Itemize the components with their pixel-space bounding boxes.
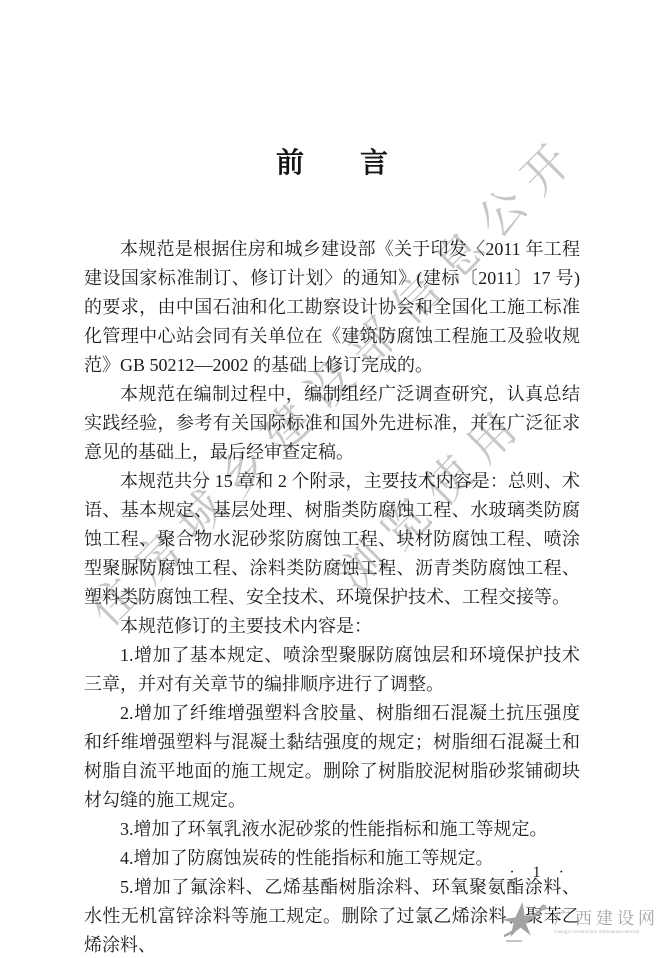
paragraph-7: 3.增加了环氧乳液水泥砂浆的性能指标和施工等规定。 (84, 815, 580, 844)
page-content: 前 言 本规范是根据住房和城乡建设部《关于印发〈2011 年工程建设国家标准制订… (84, 148, 580, 958)
page-number: · 1 · (509, 864, 571, 882)
document-page: 住房城乡建设部信息公开 浏览使用 前 言 本规范是根据住房和城乡建设部《关于印发… (0, 0, 661, 958)
logo-tagline: Guangxi construction information network (554, 929, 654, 936)
logo-text-block: 广西建设网 Guangxi construction information n… (554, 909, 659, 936)
paragraph-4: 本规范修订的主要技术内容是： (84, 612, 580, 641)
paragraph-3: 本规范共分 15 章和 2 个附录，主要技术内容是：总则、术语、基本规定、基层处… (84, 467, 580, 612)
paragraph-6: 2.增加了纤维增强塑料含胶量、树脂细石混凝土抗压强度和纤维增强塑料与混凝土黏结强… (84, 699, 580, 815)
body-text: 本规范是根据住房和城乡建设部《关于印发〈2011 年工程建设国家标准制订、修订计… (84, 235, 580, 958)
paragraph-1: 本规范是根据住房和城乡建设部《关于印发〈2011 年工程建设国家标准制订、修订计… (84, 235, 580, 380)
paragraph-8: 4.增加了防腐蚀炭砖的性能指标和施工等规定。 (84, 844, 580, 873)
logo-title: 广西建设网 (554, 909, 659, 929)
page-title: 前 言 (84, 148, 580, 178)
paragraph-5: 1.增加了基本规定、喷涂型聚脲防腐蚀层和环境保护技术三章，并对有关章节的编排顺序… (84, 641, 580, 699)
star-icon (500, 896, 548, 948)
paragraph-2: 本规范在编制过程中，编制组经广泛调查研究，认真总结实践经验，参考有关国际标准和国… (84, 380, 580, 467)
site-logo: 广西建设网 Guangxi construction information n… (500, 896, 659, 948)
